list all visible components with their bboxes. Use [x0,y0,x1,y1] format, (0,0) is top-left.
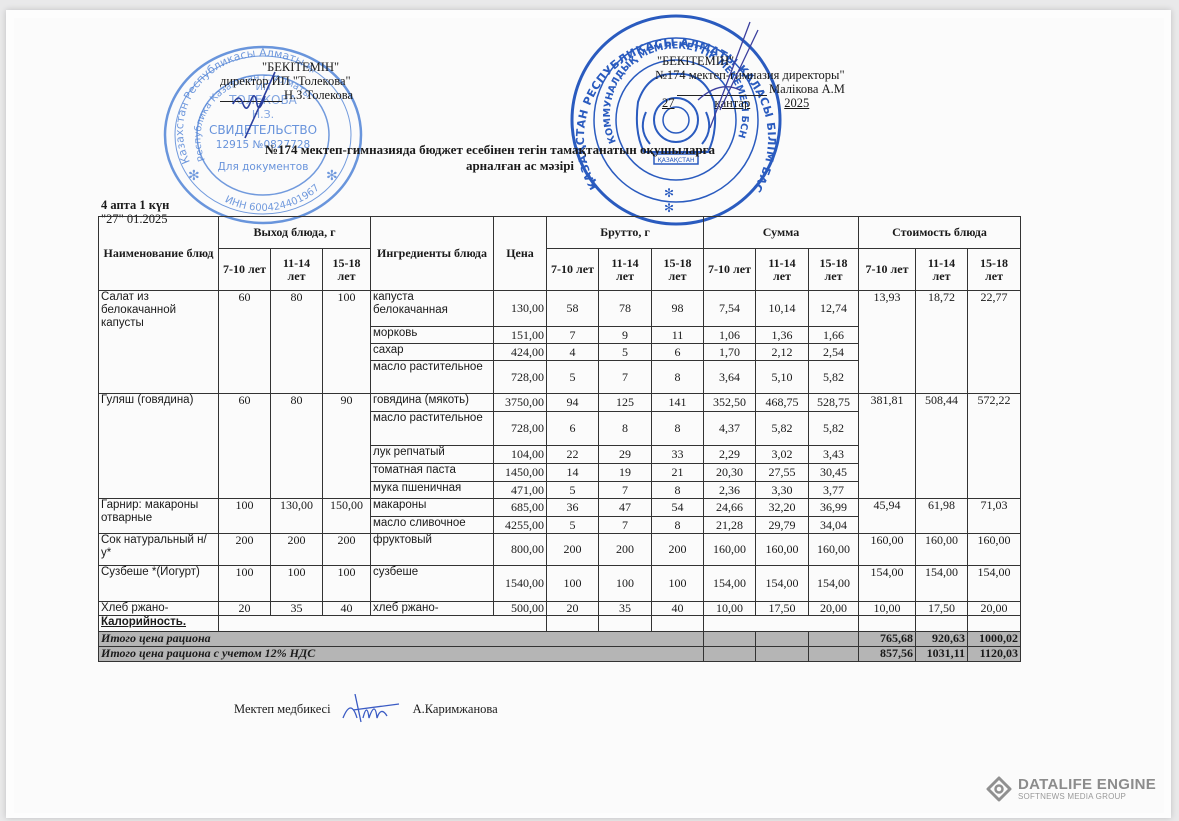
header-sum: Сумма [704,217,859,249]
dish-cost: 10,00 [859,602,916,616]
week-day: 4 апта 1 күн [101,198,169,212]
header-price: Цена [494,217,547,291]
header-age-group: 7-10 лет [547,249,599,291]
dish-output: 35 [271,602,323,616]
ingredient-brutto: 125 [599,394,652,412]
ingredient-brutto: 5 [547,361,599,394]
ingredient-brutto: 9 [599,327,652,344]
ingredient-brutto: 20 [547,602,599,616]
header-ingredients: Ингредиенты блюда [371,217,494,291]
ingredient-sum: 3,30 [756,482,809,499]
dish-cost: 160,00 [916,534,968,566]
ingredient-sum: 20,00 [809,602,859,616]
dish-output: 40 [323,602,371,616]
dish-name: Гарнир: макароны отварные [99,499,219,534]
ingredient-brutto: 7 [599,517,652,534]
ingredient-sum: 5,82 [809,412,859,446]
total-value: 1000,02 [968,632,1021,647]
nurse-signature-block: Мектеп медбикесі А.Каримжанова [234,694,498,724]
ingredient-sum: 27,55 [756,464,809,482]
approval-year: 2025 [784,96,809,110]
dish-name: Сузбеше *(Йогурт) [99,566,219,602]
ingredient-sum: 160,00 [809,534,859,566]
ingredient-name: фруктовый [371,534,494,566]
ingredient-name: томатная паста [371,464,494,482]
ingredient-brutto: 5 [547,482,599,499]
ingredient-price: 800,00 [494,534,547,566]
dish-cost: 45,94 [859,499,916,534]
ingredient-price: 728,00 [494,412,547,446]
empty-cell [968,616,1021,632]
calories-value [219,616,547,632]
ingredient-brutto: 29 [599,446,652,464]
ingredient-brutto: 200 [547,534,599,566]
dish-output: 80 [271,394,323,499]
ingredient-price: 104,00 [494,446,547,464]
ingredient-brutto: 58 [547,291,599,327]
header-age-group: 7-10 лет [859,249,916,291]
dish-output: 150,00 [323,499,371,534]
ingredient-sum: 468,75 [756,394,809,412]
empty-cell [547,616,599,632]
ingredient-brutto: 7 [599,361,652,394]
ingredient-sum: 2,54 [809,344,859,361]
empty-cell [599,616,652,632]
ingredient-sum: 10,14 [756,291,809,327]
dish-cost: 13,93 [859,291,916,394]
header-age-group: 7-10 лет [704,249,756,291]
calories-row: Калорийность. [99,616,1021,632]
dish-cost: 508,44 [916,394,968,499]
dish-cost: 154,00 [916,566,968,602]
ingredient-sum: 3,77 [809,482,859,499]
header-age-group: 15-18 лет [323,249,371,291]
header-age-group: 15-18 лет [968,249,1021,291]
dish-name: Хлеб ржано- [99,602,219,616]
empty-cell [652,616,704,632]
ingredient-sum: 1,06 [704,327,756,344]
nurse-title: Мектеп медбикесі [234,702,331,717]
ingredient-sum: 2,36 [704,482,756,499]
empty-cell [916,616,968,632]
dish-cost: 160,00 [968,534,1021,566]
total-label: Итого цена рациона [99,632,704,647]
ingredient-price: 424,00 [494,344,547,361]
ingredient-price: 151,00 [494,327,547,344]
dish-name: Гуляш (говядина) [99,394,219,499]
ingredient-sum: 4,37 [704,412,756,446]
header-age-group: 15-18 лет [652,249,704,291]
ingredient-brutto: 94 [547,394,599,412]
watermark-brand: DATALIFE ENGINE [1018,777,1156,792]
dish-cost: 572,22 [968,394,1021,499]
ingredient-brutto: 35 [599,602,652,616]
ingredient-sum: 3,64 [704,361,756,394]
total-vat-label: Итого цена рациона с учетом 12% НДС [99,647,704,662]
table-row: Сок натуральный н/у*200200200фруктовый80… [99,534,1021,566]
datalife-logo-icon [986,776,1012,802]
dish-name: Сок натуральный н/у* [99,534,219,566]
header-row: Наименование блюдВыход блюда, гИнгредиен… [99,217,1021,249]
approval-day: 27 [656,96,681,110]
total-vat-value: 1120,03 [968,647,1021,662]
header-dish-cost: Стоимость блюда [859,217,1021,249]
header-brutto: Брутто, г [547,217,704,249]
table-row: Сузбеше *(Йогурт)100100100сузбеше1540,00… [99,566,1021,602]
nurse-signature-icon [341,694,403,724]
dish-output: 20 [219,602,271,616]
ingredient-name: масло растительное [371,412,494,446]
dish-cost: 17,50 [916,602,968,616]
signature-left-icon [225,70,285,140]
dish-cost: 71,03 [968,499,1021,534]
header-age-group: 7-10 лет [219,249,271,291]
ingredient-sum: 21,28 [704,517,756,534]
ingredient-brutto: 5 [547,517,599,534]
total-value: 920,63 [916,632,968,647]
empty-cell [756,647,809,662]
ingredient-sum: 3,02 [756,446,809,464]
ingredient-brutto: 100 [547,566,599,602]
ingredient-name: морковь [371,327,494,344]
ingredient-sum: 1,36 [756,327,809,344]
header-age-group: 11-14 лет [271,249,323,291]
table-row: Гарнир: макароны отварные100130,00150,00… [99,499,1021,517]
ingredient-brutto: 8 [599,412,652,446]
ingredient-price: 1450,00 [494,464,547,482]
watermark-sub: SOFTNEWS MEDIA GROUP [1018,792,1156,802]
empty-cell [859,616,916,632]
dish-output: 60 [219,394,271,499]
ingredient-name: сузбеше [371,566,494,602]
dish-output: 130,00 [271,499,323,534]
ingredient-brutto: 4 [547,344,599,361]
ingredient-brutto: 5 [599,344,652,361]
ingredient-name: говядина (мякоть) [371,394,494,412]
total-row: Итого цена рациона765,68920,631000,02 [99,632,1021,647]
empty-cell [756,632,809,647]
dish-cost: 61,98 [916,499,968,534]
ingredient-brutto: 47 [599,499,652,517]
total-value: 765,68 [859,632,916,647]
ingredient-brutto: 98 [652,291,704,327]
dish-output: 200 [271,534,323,566]
total-vat-value: 857,56 [859,647,916,662]
nurse-name: А.Каримжанова [413,702,498,717]
ingredient-sum: 154,00 [756,566,809,602]
ingredient-sum: 5,10 [756,361,809,394]
total-vat-row: Итого цена рациона с учетом 12% НДС857,5… [99,647,1021,662]
dish-cost: 20,00 [968,602,1021,616]
calories-label: Калорийность. [99,616,219,632]
ingredient-sum: 17,50 [756,602,809,616]
ingredient-sum: 24,66 [704,499,756,517]
menu-title: №174 мектеп-гимназияда бюджет есебінен т… [240,142,740,174]
dish-output: 200 [323,534,371,566]
header-age-group: 11-14 лет [599,249,652,291]
ingredient-name: макароны [371,499,494,517]
approval-right-name: Малікова А.М [769,82,845,96]
ingredient-sum: 154,00 [809,566,859,602]
ingredient-name: масло растительное [371,361,494,394]
ingredient-sum: 528,75 [809,394,859,412]
ingredient-name: капуста белокачанная [371,291,494,327]
ingredient-sum: 5,82 [809,361,859,394]
ingredient-name: лук репчатый [371,446,494,464]
ingredient-brutto: 21 [652,464,704,482]
ingredient-price: 4255,00 [494,517,547,534]
dish-output: 80 [271,291,323,394]
ingredient-sum: 20,30 [704,464,756,482]
ingredient-brutto: 8 [652,482,704,499]
ingredient-sum: 5,82 [756,412,809,446]
header-age-group: 15-18 лет [809,249,859,291]
header-age-group: 11-14 лет [916,249,968,291]
ingredient-sum: 7,54 [704,291,756,327]
ingredient-price: 728,00 [494,361,547,394]
dish-output: 100 [219,499,271,534]
dish-output: 100 [323,291,371,394]
empty-cell [809,632,859,647]
ingredient-name: мука пшеничная [371,482,494,499]
ingredient-brutto: 141 [652,394,704,412]
empty-cell [809,647,859,662]
ingredient-brutto: 22 [547,446,599,464]
ingredient-brutto: 6 [547,412,599,446]
ingredient-price: 1540,00 [494,566,547,602]
ingredient-name: хлеб ржано- [371,602,494,616]
header-output: Выход блюда, г [219,217,371,249]
dish-cost: 18,72 [916,291,968,394]
ingredient-brutto: 33 [652,446,704,464]
dish-output: 90 [323,394,371,499]
ingredient-brutto: 200 [652,534,704,566]
total-vat-value: 1031,11 [916,647,968,662]
ingredient-sum: 352,50 [704,394,756,412]
ingredient-sum: 2,29 [704,446,756,464]
ingredient-brutto: 7 [599,482,652,499]
ingredient-brutto: 19 [599,464,652,482]
ingredient-brutto: 40 [652,602,704,616]
dish-cost: 154,00 [859,566,916,602]
table-row: Хлеб ржано-203540хлеб ржано-500,00203540… [99,602,1021,616]
ingredient-brutto: 14 [547,464,599,482]
ingredient-brutto: 8 [652,517,704,534]
table-row: Салат из белокачанной капусты6080100капу… [99,291,1021,327]
ingredient-brutto: 8 [652,361,704,394]
empty-cell [704,632,756,647]
ingredient-price: 130,00 [494,291,547,327]
ingredient-sum: 1,70 [704,344,756,361]
ingredient-brutto: 100 [652,566,704,602]
ingredient-sum: 32,20 [756,499,809,517]
ingredient-sum: 2,12 [756,344,809,361]
ingredient-brutto: 78 [599,291,652,327]
dish-output: 100 [271,566,323,602]
header-age-group: 11-14 лет [756,249,809,291]
ingredient-sum: 160,00 [756,534,809,566]
ingredient-brutto: 11 [652,327,704,344]
dish-name: Салат из белокачанной капусты [99,291,219,394]
dish-cost: 22,77 [968,291,1021,394]
dish-output: 60 [219,291,271,394]
ingredient-brutto: 100 [599,566,652,602]
dish-cost: 160,00 [859,534,916,566]
ingredient-sum: 10,00 [704,602,756,616]
menu-table: Наименование блюдВыход блюда, гИнгредиен… [98,216,1021,662]
dish-cost: 154,00 [968,566,1021,602]
ingredient-sum: 1,66 [809,327,859,344]
dish-output: 100 [219,566,271,602]
ingredient-sum: 3,43 [809,446,859,464]
ingredient-sum: 12,74 [809,291,859,327]
ingredient-sum: 29,79 [756,517,809,534]
ingredient-brutto: 200 [599,534,652,566]
empty-cell [704,616,859,632]
signature-right-icon [690,20,760,130]
ingredient-brutto: 6 [652,344,704,361]
ingredient-brutto: 36 [547,499,599,517]
ingredient-brutto: 54 [652,499,704,517]
ingredient-sum: 154,00 [704,566,756,602]
header-dish-name: Наименование блюд [99,217,219,291]
dish-output: 100 [323,566,371,602]
ingredient-sum: 30,45 [809,464,859,482]
watermark: DATALIFE ENGINE SOFTNEWS MEDIA GROUP [986,776,1156,802]
empty-cell [704,647,756,662]
dish-cost: 381,81 [859,394,916,499]
ingredient-brutto: 7 [547,327,599,344]
ingredient-price: 471,00 [494,482,547,499]
ingredient-sum: 34,04 [809,517,859,534]
table-row: Гуляш (говядина)608090говядина (мякоть)3… [99,394,1021,412]
ingredient-price: 3750,00 [494,394,547,412]
approval-left-name: Н.З.Толекова [284,88,353,102]
ingredient-brutto: 8 [652,412,704,446]
ingredient-name: сахар [371,344,494,361]
ingredient-sum: 36,99 [809,499,859,517]
dish-output: 200 [219,534,271,566]
ingredient-price: 500,00 [494,602,547,616]
header-age-row: 7-10 лет11-14 лет15-18 лет7-10 лет11-14 … [99,249,1021,291]
ingredient-price: 685,00 [494,499,547,517]
ingredient-sum: 160,00 [704,534,756,566]
ingredient-name: масло сливочное [371,517,494,534]
